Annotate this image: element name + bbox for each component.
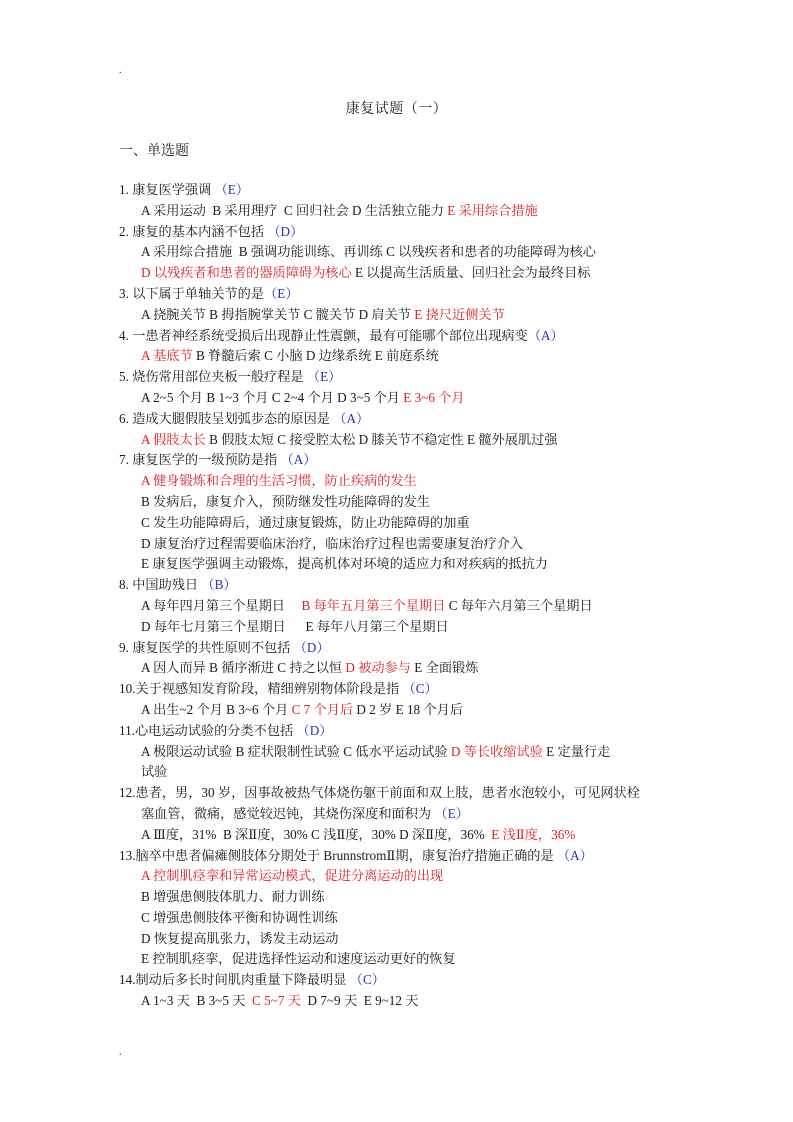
correct-option: D 等长收缩试验 <box>451 744 543 759</box>
option-line: A 因人而异 B 循序渐进 C 持之以恒 D 被动参与 E 全面锻炼 <box>119 658 679 679</box>
question-text: 康复医学的共性原则不包括 <box>132 640 294 655</box>
question-text: 制动后多长时间肌肉重量下降最明显 <box>135 972 349 987</box>
option-line: A 出生~2 个月 B 3~6 个月 C 7 个月后 D 2 岁 E 18 个月… <box>119 700 679 721</box>
question-number: 8. <box>119 577 129 592</box>
answer-letter: E <box>228 182 236 197</box>
option-text: C 增强患侧肢体平衡和协调性训练 <box>141 910 338 925</box>
answer-key: （A） <box>333 411 369 426</box>
question-number: 12. <box>119 785 135 800</box>
question-text: 一患者神经系统受损后出现静止性震颤，最有可能哪个部位出现病变 <box>132 328 528 343</box>
question-item: 10.关于视感知发育阶段，精细辨别物体阶段是指 （C）A 出生~2 个月 B 3… <box>119 679 679 721</box>
question-stem: 3. 以下属于单轴关节的是（E） <box>119 284 679 305</box>
option-line: A 采用运动 B 采用理疗 C 回归社会 D 生活独立能力 E 采用综合措施 <box>119 201 679 222</box>
option-line: E 控制肌痉挛，促进选择性运动和速度运动更好的恢复 <box>119 949 679 970</box>
correct-option: C 7 个月后 <box>292 702 354 717</box>
correct-option: A 基底节 <box>141 348 193 363</box>
question-text: 烧伤常用部位夹板一般疗程是 <box>132 369 307 384</box>
page-bottom-marker: . <box>119 1048 122 1058</box>
option-text: D 2 岁 E 18 个月后 <box>353 702 463 717</box>
answer-letter: A <box>294 452 304 467</box>
answer-letter: E <box>320 369 328 384</box>
correct-option: A 控制肌痉挛和异常运动模式，促进分离运动的出现 <box>141 868 443 883</box>
answer-letter: C <box>363 972 372 987</box>
option-text: A 挠腕关节 B 拇指腕掌关节 C 髋关节 D 肩关节 <box>141 307 414 322</box>
option-line: A 2~5 个月 B 1~3 个月 C 2~4 个月 D 3~5 个月 E 3~… <box>119 388 679 409</box>
option-text: A 2~5 个月 B 1~3 个月 C 2~4 个月 D 3~5 个月 <box>141 390 403 405</box>
answer-key: （C） <box>350 972 385 987</box>
question-item: 6. 造成大腿假肢呈划弧步态的原因是 （A）A 假肢太长 B 假肢太短 C 接受… <box>119 409 679 451</box>
answer-key: （D） <box>297 723 333 738</box>
answer-key: （A） <box>528 328 564 343</box>
question-text: 心电运动试验的分类不包括 <box>135 723 297 738</box>
question-number: 10. <box>119 681 135 696</box>
option-line: D 康复治疗过程需要临床治疗，临床治疗过程也需要康复治疗介入 <box>119 534 679 555</box>
option-text: A 1~3 天 B 3~5 天 <box>141 993 252 1008</box>
question-number: 14. <box>119 972 135 987</box>
option-text: 试验 <box>141 764 167 779</box>
question-item: 7. 康复医学的一级预防是指 （A）A 健身锻炼和合理的生活习惯，防止疾病的发生… <box>119 450 679 575</box>
question-text: 塞血管，微痛，感觉较迟钝，其烧伤深度和面积为 <box>141 806 434 821</box>
option-text: A 因人而异 B 循序渐进 C 持之以恒 <box>141 660 345 675</box>
option-text: C 发生功能障碍后，通过康复锻炼，防止功能障碍的加重 <box>141 515 470 530</box>
option-line: 试验 <box>119 762 679 783</box>
option-line: A 每年四月第三个星期日 B 每年五月第三个星期日 C 每年六月第三个星期日 <box>119 596 679 617</box>
question-number: 5. <box>119 369 129 384</box>
question-number: 1. <box>119 182 129 197</box>
question-item: 8. 中国助残日 （B）A 每年四月第三个星期日 B 每年五月第三个星期日 C … <box>119 575 679 637</box>
answer-letter: C <box>416 681 425 696</box>
option-text: E 全面锻炼 <box>411 660 478 675</box>
question-item: 2. 康复的基本内涵不包括 （D）A 采用综合措施 B 强调功能训练、再训练 C… <box>119 222 679 284</box>
answer-key: （D） <box>267 224 303 239</box>
answer-key: （A） <box>281 452 317 467</box>
option-text: B 发病后，康复介入，预防继发性功能障碍的发生 <box>141 494 430 509</box>
question-stem: 14.制动后多长时间肌肉重量下降最明显 （C） <box>119 970 679 991</box>
question-stem: 4. 一患者神经系统受损后出现静止性震颤，最有可能哪个部位出现病变（A） <box>119 326 679 347</box>
option-text: A 采用综合措施 B 强调功能训练、再训练 C 以残疾者和患者的功能障碍为核心 <box>141 244 596 259</box>
option-text: A 极限运动试验 B 症状限制性试验 C 低水平运动试验 <box>141 744 451 759</box>
question-stem: 1. 康复医学强调 （E） <box>119 180 679 201</box>
document-title: 康复试题（一） <box>0 98 793 118</box>
option-line: C 发生功能障碍后，通过康复锻炼，防止功能障碍的加重 <box>119 513 679 534</box>
answer-key: （E） <box>215 182 249 197</box>
question-stem: 7. 康复医学的一级预防是指 （A） <box>119 450 679 471</box>
option-line: A 挠腕关节 B 拇指腕掌关节 C 髋关节 D 肩关节 E 挠尺近侧关节 <box>119 305 679 326</box>
question-number: 7. <box>119 452 129 467</box>
question-text: 关于视感知发育阶段，精细辨别物体阶段是指 <box>135 681 402 696</box>
question-list: 1. 康复医学强调 （E）A 采用运动 B 采用理疗 C 回归社会 D 生活独立… <box>119 180 679 1012</box>
question-stem: 10.关于视感知发育阶段，精细辨别物体阶段是指 （C） <box>119 679 679 700</box>
question-text: 中国助残日 <box>132 577 201 592</box>
question-text: 康复医学强调 <box>132 182 214 197</box>
answer-letter: A <box>570 848 580 863</box>
option-line: B 发病后，康复介入，预防继发性功能障碍的发生 <box>119 492 679 513</box>
question-number: 9. <box>119 640 129 655</box>
question-stem: 2. 康复的基本内涵不包括 （D） <box>119 222 679 243</box>
option-line: A 控制肌痉挛和异常运动模式，促进分离运动的出现 <box>119 866 679 887</box>
question-text: 患者，男，30 岁，因事故被热气体烧伤躯干前面和双上肢，患者水泡较小，可见网状栓 <box>135 785 639 800</box>
question-number: 11. <box>119 723 135 738</box>
answer-letter: B <box>215 577 224 592</box>
question-text: 脑卒中患者偏瘫侧肢体分期处于 BrunnstromⅡ期，康复治疗措施正确的是 <box>135 848 556 863</box>
option-line: A 1~3 天 B 3~5 天 C 5~7 天 D 7~9 天 E 9~12 天 <box>119 991 679 1012</box>
question-text: 康复医学的一级预防是指 <box>132 452 280 467</box>
question-item: 11.心电运动试验的分类不包括 （D）A 极限运动试验 B 症状限制性试验 C … <box>119 721 679 783</box>
answer-letter: D <box>281 224 291 239</box>
answer-letter: D <box>307 640 317 655</box>
answer-key: （B） <box>201 577 236 592</box>
question-item: 4. 一患者神经系统受损后出现静止性震颤，最有可能哪个部位出现病变（A）A 基底… <box>119 326 679 368</box>
correct-option: E 浅Ⅱ度，36% <box>491 827 575 842</box>
question-number: 2. <box>119 224 129 239</box>
question-stem: 12.患者，男，30 岁，因事故被热气体烧伤躯干前面和双上肢，患者水泡较小，可见… <box>119 783 679 804</box>
question-number: 6. <box>119 411 129 426</box>
answer-key: （A） <box>557 848 593 863</box>
option-line: A 采用综合措施 B 强调功能训练、再训练 C 以残疾者和患者的功能障碍为核心 <box>119 242 679 263</box>
page-top-marker: . <box>119 66 122 76</box>
correct-option: D 被动参与 <box>345 660 411 675</box>
question-item: 9. 康复医学的共性原则不包括 （D）A 因人而异 B 循序渐进 C 持之以恒 … <box>119 638 679 680</box>
question-number: 13. <box>119 848 135 863</box>
answer-letter: A <box>346 411 356 426</box>
option-text: D 每年七月第三个星期日 E 每年八月第三个星期日 <box>141 619 449 634</box>
option-text: D 7~9 天 E 9~12 天 <box>301 993 419 1008</box>
option-text: B 脊髓后索 C 小脑 D 边缘系统 E 前庭系统 <box>193 348 439 363</box>
option-line: A 基底节 B 脊髓后索 C 小脑 D 边缘系统 E 前庭系统 <box>119 346 679 367</box>
option-text: E 以提高生活质量、回归社会为最终目标 <box>352 265 591 280</box>
option-text: B 增强患侧肢体肌力、耐力训练 <box>141 889 325 904</box>
option-text: B 假肢太短 C 接受腔太松 D 膝关节不稳定性 E 髋外展肌过强 <box>206 432 558 447</box>
option-text: D 恢复提高肌张力，诱发主动运动 <box>141 931 338 946</box>
question-item: 12.患者，男，30 岁，因事故被热气体烧伤躯干前面和双上肢，患者水泡较小，可见… <box>119 783 679 845</box>
option-line: C 增强患侧肢体平衡和协调性训练 <box>119 908 679 929</box>
option-text: A 每年四月第三个星期日 <box>141 598 301 613</box>
option-line: D 以残疾者和患者的器质障碍为核心 E 以提高生活质量、回归社会为最终目标 <box>119 263 679 284</box>
option-text: A Ⅲ度，31% B 深Ⅱ度，30% C 浅Ⅱ度，30% D 深Ⅱ度，36% <box>141 827 491 842</box>
correct-option: D 以残疾者和患者的器质障碍为核心 <box>141 265 352 280</box>
question-stem-continued: 塞血管，微痛，感觉较迟钝，其烧伤深度和面积为 （E） <box>119 804 679 825</box>
correct-option: E 3~6 个月 <box>403 390 464 405</box>
option-text: E 控制肌痉挛，促进选择性运动和速度运动更好的恢复 <box>141 951 456 966</box>
answer-key: （E） <box>307 369 341 384</box>
question-text: 以下属于单轴关节的是 <box>132 286 264 301</box>
answer-key: （E） <box>434 806 468 821</box>
question-stem: 8. 中国助残日 （B） <box>119 575 679 596</box>
question-item: 14.制动后多长时间肌肉重量下降最明显 （C）A 1~3 天 B 3~5 天 C… <box>119 970 679 1012</box>
question-number: 3. <box>119 286 129 301</box>
correct-option: E 采用综合措施 <box>447 203 537 218</box>
option-text: A 出生~2 个月 B 3~6 个月 <box>141 702 292 717</box>
question-number: 4. <box>119 328 129 343</box>
option-line: D 每年七月第三个星期日 E 每年八月第三个星期日 <box>119 617 679 638</box>
option-text: E 康复医学强调主动锻炼，提高机体对环境的适应力和对疾病的抵抗力 <box>141 556 548 571</box>
correct-option: C 5~7 天 <box>252 993 301 1008</box>
answer-letter: E <box>448 806 456 821</box>
question-stem: 5. 烧伤常用部位夹板一般疗程是 （E） <box>119 367 679 388</box>
question-item: 3. 以下属于单轴关节的是（E）A 挠腕关节 B 拇指腕掌关节 C 髋关节 D … <box>119 284 679 326</box>
question-item: 5. 烧伤常用部位夹板一般疗程是 （E）A 2~5 个月 B 1~3 个月 C … <box>119 367 679 409</box>
option-line: B 增强患侧肢体肌力、耐力训练 <box>119 887 679 908</box>
answer-letter: D <box>310 723 320 738</box>
question-stem: 6. 造成大腿假肢呈划弧步态的原因是 （A） <box>119 409 679 430</box>
answer-key: （E） <box>264 286 298 301</box>
answer-letter: E <box>277 286 285 301</box>
option-line: E 康复医学强调主动锻炼，提高机体对环境的适应力和对疾病的抵抗力 <box>119 554 679 575</box>
option-text: D 康复治疗过程需要临床治疗，临床治疗过程也需要康复治疗介入 <box>141 536 523 551</box>
correct-option: E 挠尺近侧关节 <box>414 307 504 322</box>
option-text: A 采用运动 B 采用理疗 C 回归社会 D 生活独立能力 <box>141 203 447 218</box>
question-stem: 13.脑卒中患者偏瘫侧肢体分期处于 BrunnstromⅡ期，康复治疗措施正确的… <box>119 846 679 867</box>
correct-option: A 健身锻炼和合理的生活习惯，防止疾病的发生 <box>141 473 417 488</box>
option-line: A Ⅲ度，31% B 深Ⅱ度，30% C 浅Ⅱ度，30% D 深Ⅱ度，36% E… <box>119 825 679 846</box>
option-line: D 恢复提高肌张力，诱发主动运动 <box>119 929 679 950</box>
option-text: E 定量行走 <box>543 744 610 759</box>
option-line: A 健身锻炼和合理的生活习惯，防止疾病的发生 <box>119 471 679 492</box>
answer-key: （C） <box>403 681 438 696</box>
option-text: C 每年六月第三个星期日 <box>445 598 592 613</box>
question-stem: 9. 康复医学的共性原则不包括 （D） <box>119 638 679 659</box>
option-line: A 假肢太长 B 假肢太短 C 接受腔太松 D 膝关节不稳定性 E 髋外展肌过强 <box>119 430 679 451</box>
answer-letter: A <box>541 328 551 343</box>
answer-key: （D） <box>294 640 330 655</box>
question-stem: 11.心电运动试验的分类不包括 （D） <box>119 721 679 742</box>
question-text: 康复的基本内涵不包括 <box>132 224 267 239</box>
correct-option: A 假肢太长 <box>141 432 206 447</box>
question-text: 造成大腿假肢呈划弧步态的原因是 <box>132 411 333 426</box>
question-item: 13.脑卒中患者偏瘫侧肢体分期处于 BrunnstromⅡ期，康复治疗措施正确的… <box>119 846 679 971</box>
section-heading: 一、单选题 <box>119 140 189 160</box>
option-line: A 极限运动试验 B 症状限制性试验 C 低水平运动试验 D 等长收缩试验 E … <box>119 742 679 763</box>
question-item: 1. 康复医学强调 （E）A 采用运动 B 采用理疗 C 回归社会 D 生活独立… <box>119 180 679 222</box>
correct-option: B 每年五月第三个星期日 <box>301 598 445 613</box>
